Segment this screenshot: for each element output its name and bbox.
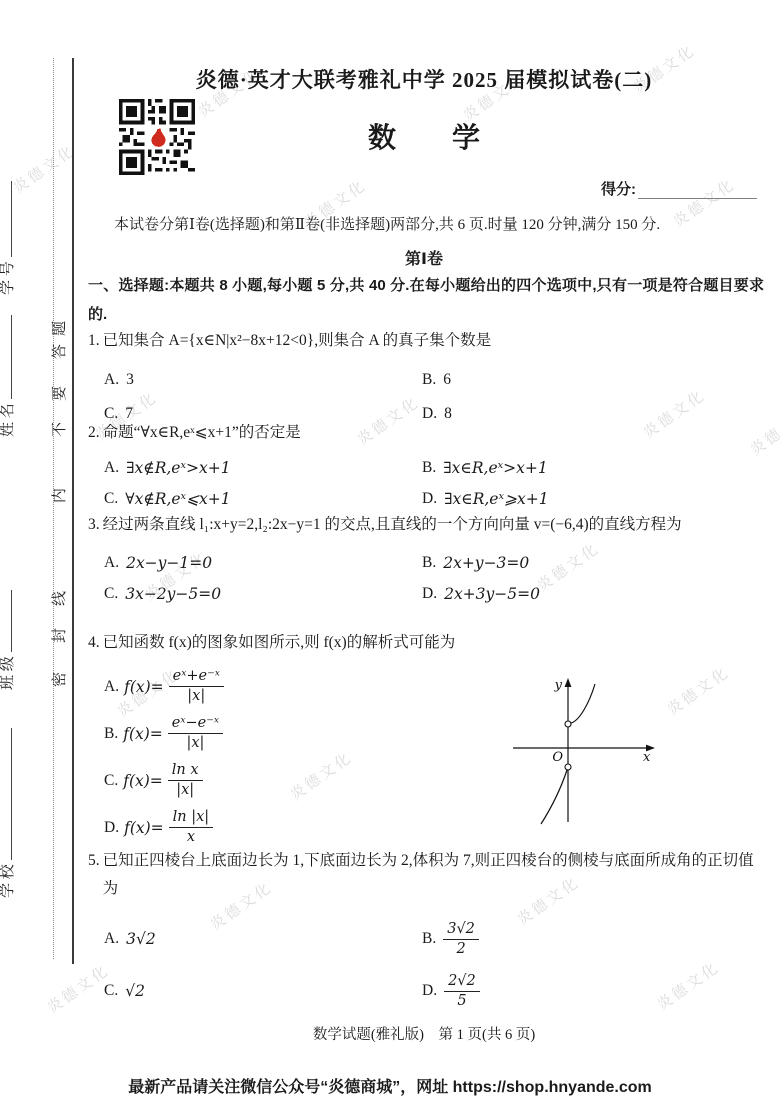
fraction: 2√25 xyxy=(444,972,480,1011)
score-field: 得分: xyxy=(601,178,757,199)
option-d: D.∃x∈R,eˣ⩾x+1 xyxy=(422,483,764,514)
option-text: 3 xyxy=(126,366,134,394)
question-number: 3. xyxy=(88,511,103,539)
option-formula-prefix: f(x)= xyxy=(124,814,164,842)
exam-page: 炎德文化 炎德文化 炎德文化 炎德文化 炎德文化 炎德文化 炎德文化 炎德文化 … xyxy=(0,0,780,1104)
seal-dotted-line xyxy=(53,58,54,959)
option-label: B. xyxy=(104,720,118,748)
option-c: C.∀x∉R,eˣ⩽x+1 xyxy=(104,483,422,514)
option-label: A. xyxy=(104,673,119,701)
y-axis-arrow xyxy=(565,678,572,687)
seal-char: 内 xyxy=(51,485,69,503)
fraction-denominator: 5 xyxy=(453,992,470,1011)
option-text: 6 xyxy=(443,366,451,394)
fraction-denominator: x xyxy=(183,828,199,847)
open-point-upper xyxy=(565,721,571,727)
question-text: 已知正四棱台上底面边长为 1,下底面边长为 2,体积为 7,则正四棱台的侧棱与底… xyxy=(103,847,764,903)
subject-title: 数 学 xyxy=(88,116,760,156)
option-c: C.√2 xyxy=(104,965,422,1017)
question-text: 已知函数 f(x)的图象如图所示,则 f(x)的解析式可能为 xyxy=(103,629,764,657)
option-d: D.2x+3y−5=0 xyxy=(422,578,764,609)
seal-char: 不 xyxy=(51,419,69,437)
open-point-lower xyxy=(565,764,571,770)
question-text: 命题“∀x∈R,eˣ⩽x+1”的否定是 xyxy=(103,419,764,447)
option-label: A. xyxy=(104,549,119,577)
question-number: 4. xyxy=(88,629,103,657)
option-c: C.3x−2y−5=0 xyxy=(104,578,422,609)
option-text: ∀x∉R,eˣ⩽x+1 xyxy=(125,485,230,513)
school-blank-line xyxy=(0,728,12,860)
student-id-label: 学 号 xyxy=(0,261,16,295)
option-label: D. xyxy=(422,977,437,1005)
seal-char: 答 xyxy=(51,341,69,359)
seal-char: 题 xyxy=(51,318,69,336)
student-id-field: 学 号 xyxy=(0,181,17,295)
watermark-text: 炎德文化 xyxy=(8,139,79,198)
seal-solid-line xyxy=(72,58,74,964)
option-b: B. 3√22 xyxy=(422,913,764,965)
option-text: ∃x∉R,eˣ>x+1 xyxy=(126,454,230,482)
fraction: eˣ−e⁻ˣ|x| xyxy=(168,714,223,753)
option-label: A. xyxy=(104,366,119,394)
student-name-blank-line xyxy=(0,315,12,399)
fraction: eˣ+e⁻ˣ|x| xyxy=(169,667,224,706)
x-axis-label: x xyxy=(643,750,651,765)
student-name-label: 姓 名 xyxy=(0,403,16,437)
option-d: D. 2√25 xyxy=(422,965,764,1017)
question-2: 2. 命题“∀x∈R,eˣ⩽x+1”的否定是 A.∃x∉R,eˣ>x+1 B.∃… xyxy=(88,419,764,514)
option-label: D. xyxy=(104,814,119,842)
origin-label: O xyxy=(552,750,563,765)
option-b: B.∃x∈R,eˣ>x+1 xyxy=(422,452,764,483)
question-1: 1. 已知集合 A={x∈N|x²−8x+12<0},则集合 A 的真子集个数是… xyxy=(88,327,764,431)
question-number: 5. xyxy=(88,847,103,903)
fraction-denominator: |x| xyxy=(182,734,208,753)
question-number: 1. xyxy=(88,327,103,355)
question-text: 已知集合 A={x∈N|x²−8x+12<0},则集合 A 的真子集个数是 xyxy=(103,327,764,355)
class-label: 班 级 xyxy=(0,656,16,690)
option-text: 2x+y−3=0 xyxy=(443,549,529,577)
option-label: C. xyxy=(104,485,118,513)
option-formula-prefix: f(x)= xyxy=(123,720,163,748)
class-field: 班 级 xyxy=(0,590,17,690)
student-id-blank-line xyxy=(0,181,12,257)
fraction-numerator: eˣ−e⁻ˣ xyxy=(168,714,223,734)
school-label: 学 校 xyxy=(0,864,16,898)
option-text: ∃x∈R,eˣ⩾x+1 xyxy=(444,485,548,513)
page-footer: 数学试题(雅礼版) 第 1 页(共 6 页) xyxy=(88,1023,760,1044)
question-3: 3. 经过两条直线 l₁:x+y=2,l₂:2x−y=1 的交点,且直线的一个方… xyxy=(88,511,764,609)
seal-char: 线 xyxy=(51,588,69,606)
question-number: 2. xyxy=(88,419,103,447)
question-5: 5. 已知正四棱台上底面边长为 1,下底面边长为 2,体积为 7,则正四棱台的侧… xyxy=(88,847,764,1017)
question-text: 经过两条直线 l₁:x+y=2,l₂:2x−y=1 的交点,且直线的一个方向向量… xyxy=(103,511,764,539)
score-label: 得分: xyxy=(601,178,636,199)
fraction-numerator: 2√2 xyxy=(444,972,480,992)
option-label: D. xyxy=(422,485,437,513)
option-label: B. xyxy=(422,549,436,577)
section-instruction: 一、选择题:本题共 8 小题,每小题 5 分,共 40 分.在每小题给出的四个选… xyxy=(88,271,764,329)
fraction-denominator: |x| xyxy=(183,687,209,706)
seal-char: 密 xyxy=(51,669,69,687)
option-text: ∃x∈R,eˣ>x+1 xyxy=(443,454,547,482)
option-a: A.∃x∉R,eˣ>x+1 xyxy=(104,452,422,483)
bottom-notice: 最新产品请关注微信公众号“炎德商城”，网址 https://shop.hnyan… xyxy=(0,1074,780,1097)
option-label: B. xyxy=(422,454,436,482)
curve-lower-branch xyxy=(541,770,567,824)
option-text: 3x−2y−5=0 xyxy=(125,580,221,608)
option-label: D. xyxy=(422,580,437,608)
section-title: 第Ⅰ卷 xyxy=(88,246,760,269)
fraction: 3√22 xyxy=(443,920,479,959)
fraction-numerator: 3√2 xyxy=(443,920,479,940)
curve-upper-branch xyxy=(571,684,595,723)
option-label: C. xyxy=(104,767,118,795)
option-a: A.3√2 xyxy=(104,913,422,965)
page-title: 炎德·英才大联考雅礼中学 2025 届模拟试卷(二) xyxy=(88,64,760,94)
seal-char: 封 xyxy=(51,625,69,643)
fraction-numerator: eˣ+e⁻ˣ xyxy=(169,667,224,687)
score-blank-line xyxy=(638,183,757,199)
option-a: A.2x−y−1=0 xyxy=(104,547,422,578)
seal-char: 要 xyxy=(51,383,69,401)
fraction-denominator: |x| xyxy=(172,781,198,800)
fraction: ln x|x| xyxy=(168,761,203,800)
option-formula-prefix: f(x)= xyxy=(123,767,163,795)
fraction-numerator: ln |x| xyxy=(169,808,214,828)
option-text: 2x+3y−5=0 xyxy=(444,580,540,608)
option-b: B.6 xyxy=(422,363,764,397)
option-label: B. xyxy=(422,366,436,394)
school-field: 学 校 xyxy=(0,728,17,898)
option-label: C. xyxy=(104,580,118,608)
exam-info: 本试卷分第Ⅰ卷(选择题)和第Ⅱ卷(非选择题)两部分,共 6 页.时量 120 分… xyxy=(114,213,762,234)
option-text: 2x−y−1=0 xyxy=(126,549,212,577)
student-name-field: 姓 名 xyxy=(0,315,17,437)
option-label: C. xyxy=(104,977,118,1005)
option-a: A.3 xyxy=(104,363,422,397)
option-text: √2 xyxy=(125,977,145,1005)
fraction-numerator: ln x xyxy=(168,761,203,781)
option-b: B.2x+y−3=0 xyxy=(422,547,764,578)
option-formula-prefix: f(x)= xyxy=(124,673,164,701)
option-label: B. xyxy=(422,925,436,953)
class-blank-line xyxy=(0,590,12,652)
option-text: 3√2 xyxy=(126,925,156,953)
fraction: ln |x|x xyxy=(169,808,214,847)
fraction-denominator: 2 xyxy=(452,940,469,959)
y-axis-label: y xyxy=(554,678,563,693)
option-label: A. xyxy=(104,454,119,482)
option-label: A. xyxy=(104,925,119,953)
function-graph: y x O xyxy=(503,672,663,830)
